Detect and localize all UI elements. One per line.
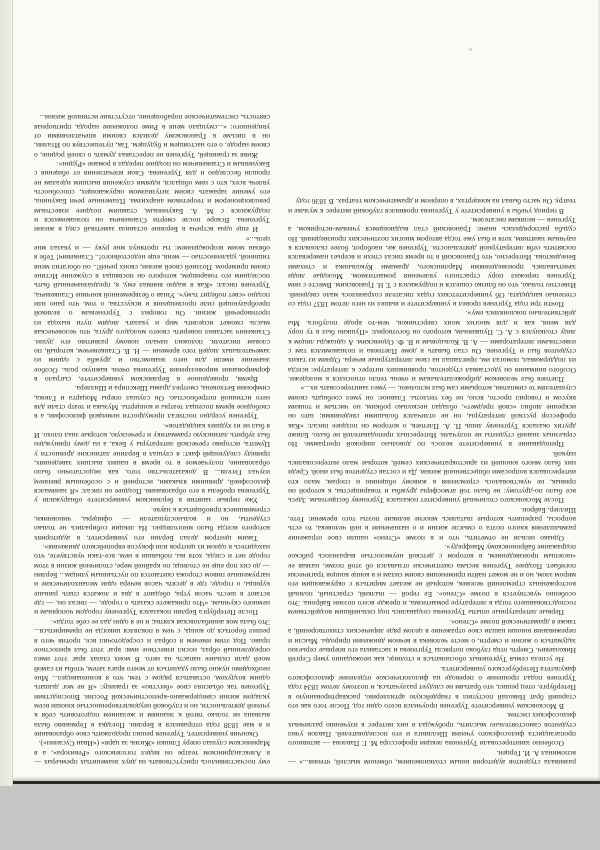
paragraph: Окончив университет, Тургенев решил прод… bbox=[34, 618, 270, 739]
paragraph: Преподавание в университете велось по до… bbox=[288, 384, 576, 449]
paragraph: После Московского столичный университет … bbox=[288, 449, 576, 505]
paragraph: В Московском университете Тургенев проуч… bbox=[288, 664, 576, 711]
paragraph: Уже первые занятия в берлинском универси… bbox=[34, 421, 270, 505]
paragraph: Тургенев усердно постигал премудрости не… bbox=[34, 384, 270, 421]
paragraph: Первые литературные опыты Тургенева созд… bbox=[288, 543, 576, 618]
paper-speck bbox=[33, 478, 36, 481]
paragraph: ему посчастливилось присутствовать на дв… bbox=[34, 739, 270, 767]
paragraph: В период учебы в университете у Тургенев… bbox=[288, 197, 576, 216]
text-column-left: развивала студентов аудитория юным столк… bbox=[288, 197, 576, 767]
paragraph: Время, проведенное в Берлинском универси… bbox=[34, 234, 270, 384]
paragraph: Плетнев был человеком доброжелательным и… bbox=[288, 309, 576, 384]
paragraph: После Петербурга Берлин показался Турген… bbox=[34, 543, 270, 618]
page-edge bbox=[0, 0, 13, 786]
paragraph: Не успела семья Тургеневых обосноваться … bbox=[288, 618, 576, 665]
paragraph: И еще одна встреча в Берлине оставила за… bbox=[34, 160, 270, 235]
paper-speck bbox=[469, 48, 472, 51]
paragraph: Почти три года Тургенев провел в универс… bbox=[288, 216, 576, 309]
paragraph: Однако нельзя не отметить, что и в поэме… bbox=[288, 505, 576, 542]
scanned-page: развивала студентов аудитория юным столк… bbox=[0, 0, 600, 850]
paragraph: Живя за границей, Тургенев не переставал… bbox=[34, 113, 270, 160]
book-page: развивала студентов аудитория юным столк… bbox=[10, 0, 600, 784]
paragraph: Таким центром делал Берлин его университ… bbox=[34, 505, 270, 542]
paragraph: Особенно заинтересовали Тургенева лекции… bbox=[288, 711, 576, 748]
text-column-right: ему посчастливилось присутствовать на дв… bbox=[34, 113, 270, 767]
paragraph: развивала студентов аудитория юным столк… bbox=[288, 748, 576, 767]
